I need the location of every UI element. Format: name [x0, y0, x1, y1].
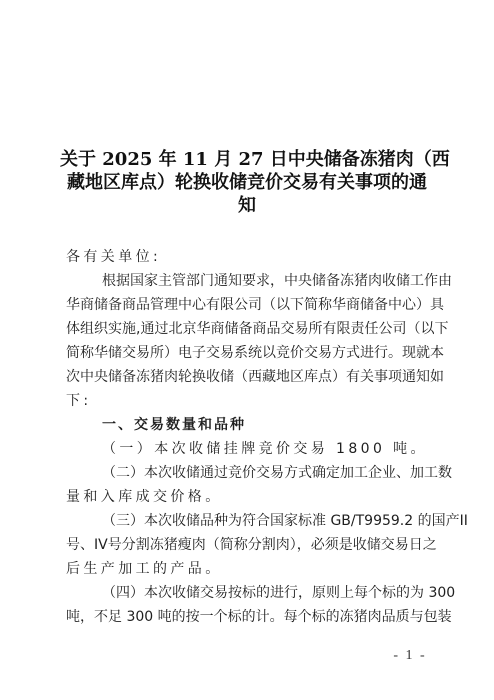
title-line-2: 藏地区库点）轮换收储竞价交易有关事项的通 — [60, 171, 434, 194]
section-1-item-2: （二）本次收储通过竞价交易方式确定加工企业、加工数 量和入库成交价格。 — [66, 461, 428, 509]
document-body: 各有关单位: 根据国家主管部门通知要求，中央储备冻猪肉收储工作由 华商储备商品管… — [66, 245, 428, 629]
page-number: - 1 - — [380, 648, 440, 664]
item-4-line-2: 吨，不足 300 吨的按一个标的计。每个标的冻猪肉品质与包装 — [66, 605, 428, 629]
item-3-line-2: 号、IV号分割冻猪瘦肉（简称分割肉），必须是收储交易日之 — [66, 533, 428, 557]
title-line-3: 知 — [60, 194, 434, 217]
item-1-line-1: （一）本次收储挂牌竞价交易 1800 吨。 — [66, 437, 428, 461]
item-4-line-1: （四）本次收储交易按标的进行，原则上每个标的为 300 — [66, 581, 428, 605]
section-1-heading: 一、交易数量和品种 — [66, 413, 428, 437]
item-3-line-1: （三）本次收储品种为符合国家标准 GB/T9959.2 的国产II — [66, 509, 428, 533]
section-1-item-3: （三）本次收储品种为符合国家标准 GB/T9959.2 的国产II 号、IV号分… — [66, 509, 428, 581]
document-page: 关于 2025 年 11 月 27 日中央储备冻猪肉（西 藏地区库点）轮换收储竞… — [0, 0, 494, 700]
item-2-line-2: 量和入库成交价格。 — [66, 485, 428, 509]
item-3-line-3: 后生产加工的产品。 — [66, 557, 428, 581]
intro-line-6: 下: — [66, 389, 428, 413]
intro-line-5: 次中央储备冻猪肉轮换收储（西藏地区库点）有关事项通知如 — [66, 365, 428, 389]
salutation: 各有关单位: — [66, 245, 428, 269]
intro-line-3: 体组织实施,通过北京华商储备商品交易所有限责任公司（以下 — [66, 317, 428, 341]
intro-line-2: 华商储备商品管理中心有限公司（以下简称华商储备中心）具 — [66, 293, 428, 317]
intro-paragraph: 根据国家主管部门通知要求，中央储备冻猪肉收储工作由 华商储备商品管理中心有限公司… — [66, 269, 428, 413]
intro-line-4: 简称华储交易所）电子交易系统以竞价交易方式进行。现就本 — [66, 341, 428, 365]
document-title: 关于 2025 年 11 月 27 日中央储备冻猪肉（西 藏地区库点）轮换收储竞… — [60, 148, 434, 217]
section-1-item-4: （四）本次收储交易按标的进行，原则上每个标的为 300 吨，不足 300 吨的按… — [66, 581, 428, 629]
intro-line-1: 根据国家主管部门通知要求，中央储备冻猪肉收储工作由 — [66, 269, 428, 293]
item-2-line-1: （二）本次收储通过竞价交易方式确定加工企业、加工数 — [66, 461, 428, 485]
title-line-1: 关于 2025 年 11 月 27 日中央储备冻猪肉（西 — [60, 148, 434, 171]
section-1-item-1: （一）本次收储挂牌竞价交易 1800 吨。 — [66, 437, 428, 461]
